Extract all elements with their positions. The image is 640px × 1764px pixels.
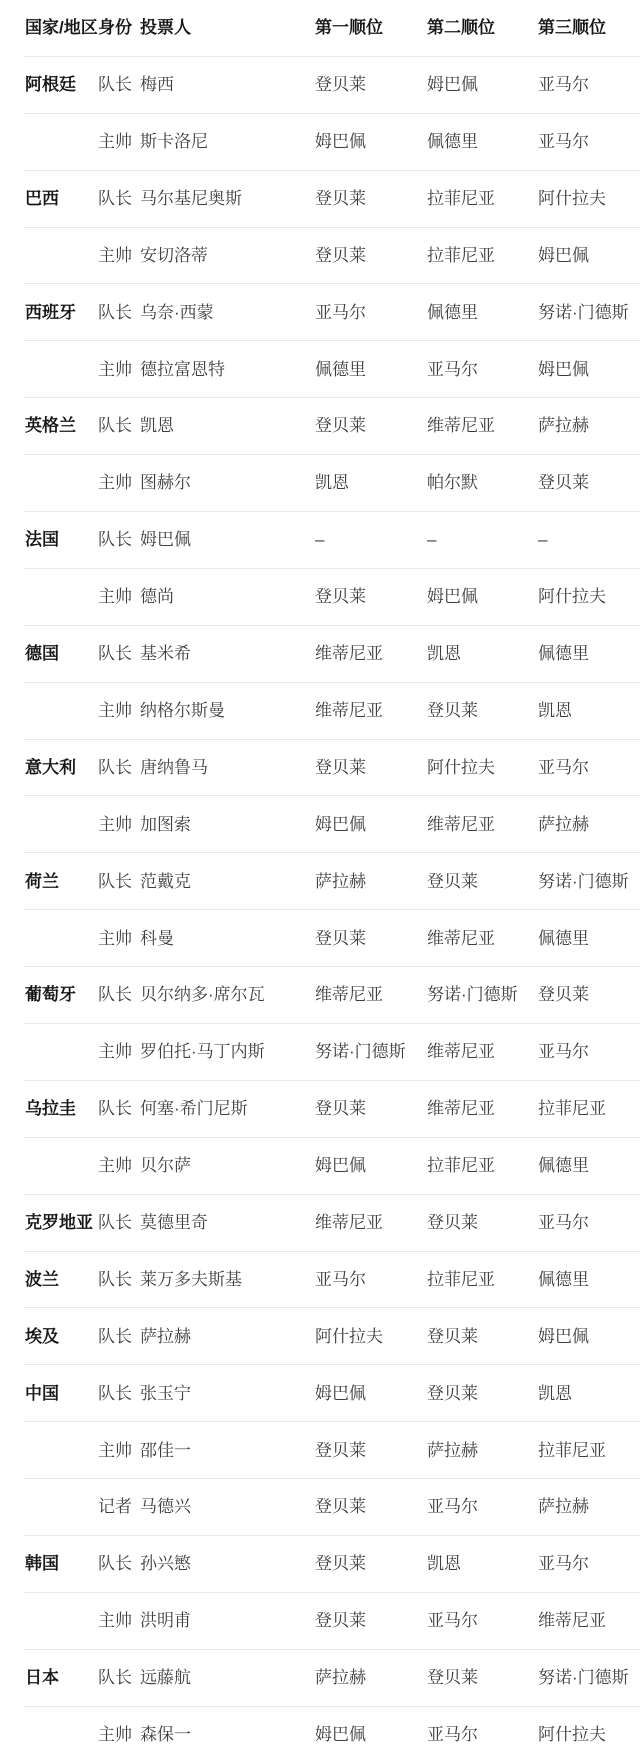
cell-voter: 莫德里奇: [140, 1213, 315, 1233]
header-cell-0: 国家/地区: [25, 18, 98, 38]
cell-first-choice: 登贝莱: [315, 1611, 427, 1631]
cell-role: 主帅: [98, 1725, 140, 1745]
cell-role: 主帅: [98, 815, 140, 835]
cell-role: 队长: [98, 530, 140, 550]
cell-voter: 乌奈·西蒙: [140, 303, 315, 323]
header-cell-3: 第一顺位: [315, 18, 427, 38]
cell-second-choice: 努诺·门德斯: [427, 985, 538, 1005]
cell-first-choice: 萨拉赫: [315, 1668, 427, 1688]
cell-third-choice: 亚马尔: [538, 1213, 640, 1233]
cell-role: 主帅: [98, 246, 140, 266]
cell-third-choice: –: [538, 530, 640, 550]
table-row: 阿根廷队长梅西登贝莱姆巴佩亚马尔: [0, 57, 640, 114]
cell-role: 队长: [98, 644, 140, 664]
cell-country: 乌拉圭: [25, 1099, 98, 1119]
cell-voter: 贝尔纳多·席尔瓦: [140, 985, 315, 1005]
cell-first-choice: 姆巴佩: [315, 132, 427, 152]
cell-second-choice: 凯恩: [427, 644, 538, 664]
cell-voter: 罗伯托·马丁内斯: [140, 1042, 315, 1062]
cell-voter: 邵佳一: [140, 1441, 315, 1461]
cell-voter: 德拉富恩特: [140, 360, 315, 380]
cell-third-choice: 登贝莱: [538, 473, 640, 493]
cell-second-choice: 登贝莱: [427, 1384, 538, 1404]
cell-role: 记者: [98, 1497, 140, 1517]
cell-second-choice: 亚马尔: [427, 360, 538, 380]
cell-role: 队长: [98, 1327, 140, 1347]
cell-third-choice: 阿什拉夫: [538, 587, 640, 607]
table-row: 主帅贝尔萨姆巴佩拉菲尼亚佩德里: [0, 1138, 640, 1195]
cell-first-choice: 凯恩: [315, 473, 427, 493]
cell-first-choice: 姆巴佩: [315, 1384, 427, 1404]
cell-country: 阿根廷: [25, 75, 98, 95]
cell-third-choice: 维蒂尼亚: [538, 1611, 640, 1631]
cell-first-choice: 姆巴佩: [315, 1156, 427, 1176]
table-row: 主帅科曼登贝莱维蒂尼亚佩德里: [0, 910, 640, 967]
voting-table: 国家/地区身份投票人第一顺位第二顺位第三顺位 阿根廷队长梅西登贝莱姆巴佩亚马尔主…: [0, 0, 640, 1764]
cell-second-choice: 维蒂尼亚: [427, 416, 538, 436]
cell-country: 葡萄牙: [25, 985, 98, 1005]
cell-second-choice: 登贝莱: [427, 701, 538, 721]
cell-first-choice: 登贝莱: [315, 189, 427, 209]
cell-first-choice: 登贝莱: [315, 758, 427, 778]
cell-country: 巴西: [25, 189, 98, 209]
table-row: 法国队长姆巴佩–––: [0, 512, 640, 569]
cell-first-choice: 亚马尔: [315, 1270, 427, 1290]
cell-role: 队长: [98, 985, 140, 1005]
cell-second-choice: 拉菲尼亚: [427, 246, 538, 266]
cell-voter: 基米希: [140, 644, 315, 664]
table-row: 韩国队长孙兴慜登贝莱凯恩亚马尔: [0, 1536, 640, 1593]
table-row: 主帅图赫尔凯恩帕尔默登贝莱: [0, 455, 640, 512]
cell-third-choice: 亚马尔: [538, 132, 640, 152]
cell-role: 队长: [98, 758, 140, 778]
cell-country: 意大利: [25, 758, 98, 778]
cell-voter: 洪明甫: [140, 1611, 315, 1631]
cell-role: 队长: [98, 416, 140, 436]
cell-second-choice: 登贝莱: [427, 1327, 538, 1347]
cell-first-choice: 登贝莱: [315, 416, 427, 436]
table-row: 主帅安切洛蒂登贝莱拉菲尼亚姆巴佩: [0, 228, 640, 285]
header-cell-5: 第三顺位: [538, 18, 640, 38]
cell-country: 荷兰: [25, 872, 98, 892]
cell-role: 主帅: [98, 360, 140, 380]
cell-first-choice: 维蒂尼亚: [315, 701, 427, 721]
cell-voter: 何塞·希门尼斯: [140, 1099, 315, 1119]
cell-country: 波兰: [25, 1270, 98, 1290]
cell-third-choice: 佩德里: [538, 1270, 640, 1290]
cell-voter: 姆巴佩: [140, 530, 315, 550]
cell-third-choice: 姆巴佩: [538, 246, 640, 266]
table-row: 波兰队长莱万多夫斯基亚马尔拉菲尼亚佩德里: [0, 1252, 640, 1309]
cell-second-choice: 维蒂尼亚: [427, 929, 538, 949]
cell-first-choice: 登贝莱: [315, 929, 427, 949]
cell-role: 队长: [98, 1554, 140, 1574]
cell-country: 埃及: [25, 1327, 98, 1347]
cell-voter: 莱万多夫斯基: [140, 1270, 315, 1290]
cell-first-choice: –: [315, 530, 427, 550]
table-row: 日本队长远藤航萨拉赫登贝莱努诺·门德斯: [0, 1650, 640, 1707]
cell-third-choice: 佩德里: [538, 1156, 640, 1176]
cell-first-choice: 维蒂尼亚: [315, 644, 427, 664]
cell-first-choice: 登贝莱: [315, 75, 427, 95]
table-row: 意大利队长唐纳鲁马登贝莱阿什拉夫亚马尔: [0, 740, 640, 797]
table-row: 巴西队长马尔基尼奥斯登贝莱拉菲尼亚阿什拉夫: [0, 171, 640, 228]
cell-country: 西班牙: [25, 303, 98, 323]
cell-second-choice: 亚马尔: [427, 1497, 538, 1517]
cell-country: 英格兰: [25, 416, 98, 436]
cell-role: 队长: [98, 872, 140, 892]
cell-second-choice: 萨拉赫: [427, 1441, 538, 1461]
cell-second-choice: 姆巴佩: [427, 587, 538, 607]
cell-second-choice: 帕尔默: [427, 473, 538, 493]
cell-country: 德国: [25, 644, 98, 664]
cell-second-choice: 姆巴佩: [427, 75, 538, 95]
cell-first-choice: 佩德里: [315, 360, 427, 380]
header-cell-2: 投票人: [140, 18, 315, 38]
cell-first-choice: 维蒂尼亚: [315, 985, 427, 1005]
table-row: 主帅德拉富恩特佩德里亚马尔姆巴佩: [0, 341, 640, 398]
cell-country: 中国: [25, 1384, 98, 1404]
cell-role: 队长: [98, 1213, 140, 1233]
cell-third-choice: 努诺·门德斯: [538, 872, 640, 892]
cell-first-choice: 维蒂尼亚: [315, 1213, 427, 1233]
cell-second-choice: 登贝莱: [427, 872, 538, 892]
cell-third-choice: 登贝莱: [538, 985, 640, 1005]
cell-first-choice: 努诺·门德斯: [315, 1042, 427, 1062]
cell-voter: 凯恩: [140, 416, 315, 436]
cell-role: 主帅: [98, 1441, 140, 1461]
cell-voter: 科曼: [140, 929, 315, 949]
table-row: 记者马德兴登贝莱亚马尔萨拉赫: [0, 1479, 640, 1536]
cell-second-choice: 登贝莱: [427, 1213, 538, 1233]
table-row: 埃及队长萨拉赫阿什拉夫登贝莱姆巴佩: [0, 1308, 640, 1365]
cell-second-choice: 佩德里: [427, 132, 538, 152]
table-row: 主帅森保一姆巴佩亚马尔阿什拉夫: [0, 1707, 640, 1764]
cell-role: 队长: [98, 1384, 140, 1404]
cell-role: 主帅: [98, 1611, 140, 1631]
table-header-row: 国家/地区身份投票人第一顺位第二顺位第三顺位: [0, 0, 640, 57]
cell-voter: 马尔基尼奥斯: [140, 189, 315, 209]
cell-second-choice: 维蒂尼亚: [427, 1099, 538, 1119]
table-row: 主帅纳格尔斯曼维蒂尼亚登贝莱凯恩: [0, 683, 640, 740]
cell-voter: 萨拉赫: [140, 1327, 315, 1347]
cell-first-choice: 姆巴佩: [315, 1725, 427, 1745]
cell-third-choice: 努诺·门德斯: [538, 1668, 640, 1688]
cell-first-choice: 萨拉赫: [315, 872, 427, 892]
cell-first-choice: 亚马尔: [315, 303, 427, 323]
cell-country: 韩国: [25, 1554, 98, 1574]
table-row: 克罗地亚队长莫德里奇维蒂尼亚登贝莱亚马尔: [0, 1195, 640, 1252]
cell-first-choice: 阿什拉夫: [315, 1327, 427, 1347]
table-row: 荷兰队长范戴克萨拉赫登贝莱努诺·门德斯: [0, 853, 640, 910]
cell-second-choice: 登贝莱: [427, 1668, 538, 1688]
cell-role: 队长: [98, 189, 140, 209]
cell-third-choice: 拉菲尼亚: [538, 1441, 640, 1461]
cell-role: 主帅: [98, 473, 140, 493]
cell-first-choice: 登贝莱: [315, 1554, 427, 1574]
cell-voter: 安切洛蒂: [140, 246, 315, 266]
cell-first-choice: 登贝莱: [315, 246, 427, 266]
cell-third-choice: 姆巴佩: [538, 360, 640, 380]
cell-voter: 森保一: [140, 1725, 315, 1745]
table-row: 英格兰队长凯恩登贝莱维蒂尼亚萨拉赫: [0, 398, 640, 455]
cell-second-choice: –: [427, 530, 538, 550]
cell-role: 队长: [98, 1270, 140, 1290]
cell-third-choice: 萨拉赫: [538, 815, 640, 835]
cell-role: 主帅: [98, 587, 140, 607]
cell-third-choice: 凯恩: [538, 701, 640, 721]
cell-third-choice: 阿什拉夫: [538, 1725, 640, 1745]
cell-voter: 德尚: [140, 587, 315, 607]
cell-third-choice: 阿什拉夫: [538, 189, 640, 209]
table-row: 主帅加图索姆巴佩维蒂尼亚萨拉赫: [0, 796, 640, 853]
cell-second-choice: 维蒂尼亚: [427, 1042, 538, 1062]
cell-role: 主帅: [98, 1156, 140, 1176]
table-row: 主帅德尚登贝莱姆巴佩阿什拉夫: [0, 569, 640, 626]
cell-second-choice: 拉菲尼亚: [427, 1270, 538, 1290]
cell-third-choice: 萨拉赫: [538, 1497, 640, 1517]
cell-voter: 加图索: [140, 815, 315, 835]
table-row: 主帅罗伯托·马丁内斯努诺·门德斯维蒂尼亚亚马尔: [0, 1024, 640, 1081]
table-row: 德国队长基米希维蒂尼亚凯恩佩德里: [0, 626, 640, 683]
cell-third-choice: 姆巴佩: [538, 1327, 640, 1347]
table-row: 乌拉圭队长何塞·希门尼斯登贝莱维蒂尼亚拉菲尼亚: [0, 1081, 640, 1138]
table-row: 西班牙队长乌奈·西蒙亚马尔佩德里努诺·门德斯: [0, 284, 640, 341]
table-row: 主帅邵佳一登贝莱萨拉赫拉菲尼亚: [0, 1422, 640, 1479]
cell-role: 主帅: [98, 701, 140, 721]
cell-role: 队长: [98, 1668, 140, 1688]
cell-voter: 唐纳鲁马: [140, 758, 315, 778]
cell-second-choice: 亚马尔: [427, 1611, 538, 1631]
cell-second-choice: 佩德里: [427, 303, 538, 323]
cell-third-choice: 佩德里: [538, 644, 640, 664]
cell-voter: 张玉宁: [140, 1384, 315, 1404]
cell-third-choice: 萨拉赫: [538, 416, 640, 436]
cell-voter: 斯卡洛尼: [140, 132, 315, 152]
cell-voter: 远藤航: [140, 1668, 315, 1688]
cell-country: 法国: [25, 530, 98, 550]
cell-third-choice: 佩德里: [538, 929, 640, 949]
cell-third-choice: 亚马尔: [538, 1042, 640, 1062]
cell-role: 队长: [98, 1099, 140, 1119]
cell-second-choice: 凯恩: [427, 1554, 538, 1574]
cell-role: 队长: [98, 303, 140, 323]
cell-third-choice: 亚马尔: [538, 75, 640, 95]
cell-second-choice: 亚马尔: [427, 1725, 538, 1745]
cell-second-choice: 阿什拉夫: [427, 758, 538, 778]
cell-country: 日本: [25, 1668, 98, 1688]
cell-first-choice: 登贝莱: [315, 1497, 427, 1517]
table-row: 中国队长张玉宁姆巴佩登贝莱凯恩: [0, 1365, 640, 1422]
cell-voter: 纳格尔斯曼: [140, 701, 315, 721]
cell-role: 主帅: [98, 1042, 140, 1062]
cell-second-choice: 维蒂尼亚: [427, 815, 538, 835]
header-cell-4: 第二顺位: [427, 18, 538, 38]
table-row: 主帅斯卡洛尼姆巴佩佩德里亚马尔: [0, 114, 640, 171]
cell-country: 克罗地亚: [25, 1213, 98, 1233]
cell-first-choice: 登贝莱: [315, 1099, 427, 1119]
cell-role: 队长: [98, 75, 140, 95]
cell-second-choice: 拉菲尼亚: [427, 189, 538, 209]
cell-first-choice: 姆巴佩: [315, 815, 427, 835]
cell-third-choice: 努诺·门德斯: [538, 303, 640, 323]
page: 国家/地区身份投票人第一顺位第二顺位第三顺位 阿根廷队长梅西登贝莱姆巴佩亚马尔主…: [0, 0, 640, 1764]
cell-first-choice: 登贝莱: [315, 587, 427, 607]
cell-role: 主帅: [98, 132, 140, 152]
cell-second-choice: 拉菲尼亚: [427, 1156, 538, 1176]
cell-voter: 范戴克: [140, 872, 315, 892]
cell-third-choice: 凯恩: [538, 1384, 640, 1404]
table-body: 阿根廷队长梅西登贝莱姆巴佩亚马尔主帅斯卡洛尼姆巴佩佩德里亚马尔巴西队长马尔基尼奥…: [0, 57, 640, 1764]
cell-voter: 梅西: [140, 75, 315, 95]
cell-third-choice: 亚马尔: [538, 758, 640, 778]
cell-voter: 马德兴: [140, 1497, 315, 1517]
cell-third-choice: 亚马尔: [538, 1554, 640, 1574]
cell-role: 主帅: [98, 929, 140, 949]
cell-voter: 贝尔萨: [140, 1156, 315, 1176]
table-row: 葡萄牙队长贝尔纳多·席尔瓦维蒂尼亚努诺·门德斯登贝莱: [0, 967, 640, 1024]
table-row: 主帅洪明甫登贝莱亚马尔维蒂尼亚: [0, 1593, 640, 1650]
cell-third-choice: 拉菲尼亚: [538, 1099, 640, 1119]
header-cell-1: 身份: [98, 18, 140, 38]
cell-first-choice: 登贝莱: [315, 1441, 427, 1461]
cell-voter: 孙兴慜: [140, 1554, 315, 1574]
cell-voter: 图赫尔: [140, 473, 315, 493]
